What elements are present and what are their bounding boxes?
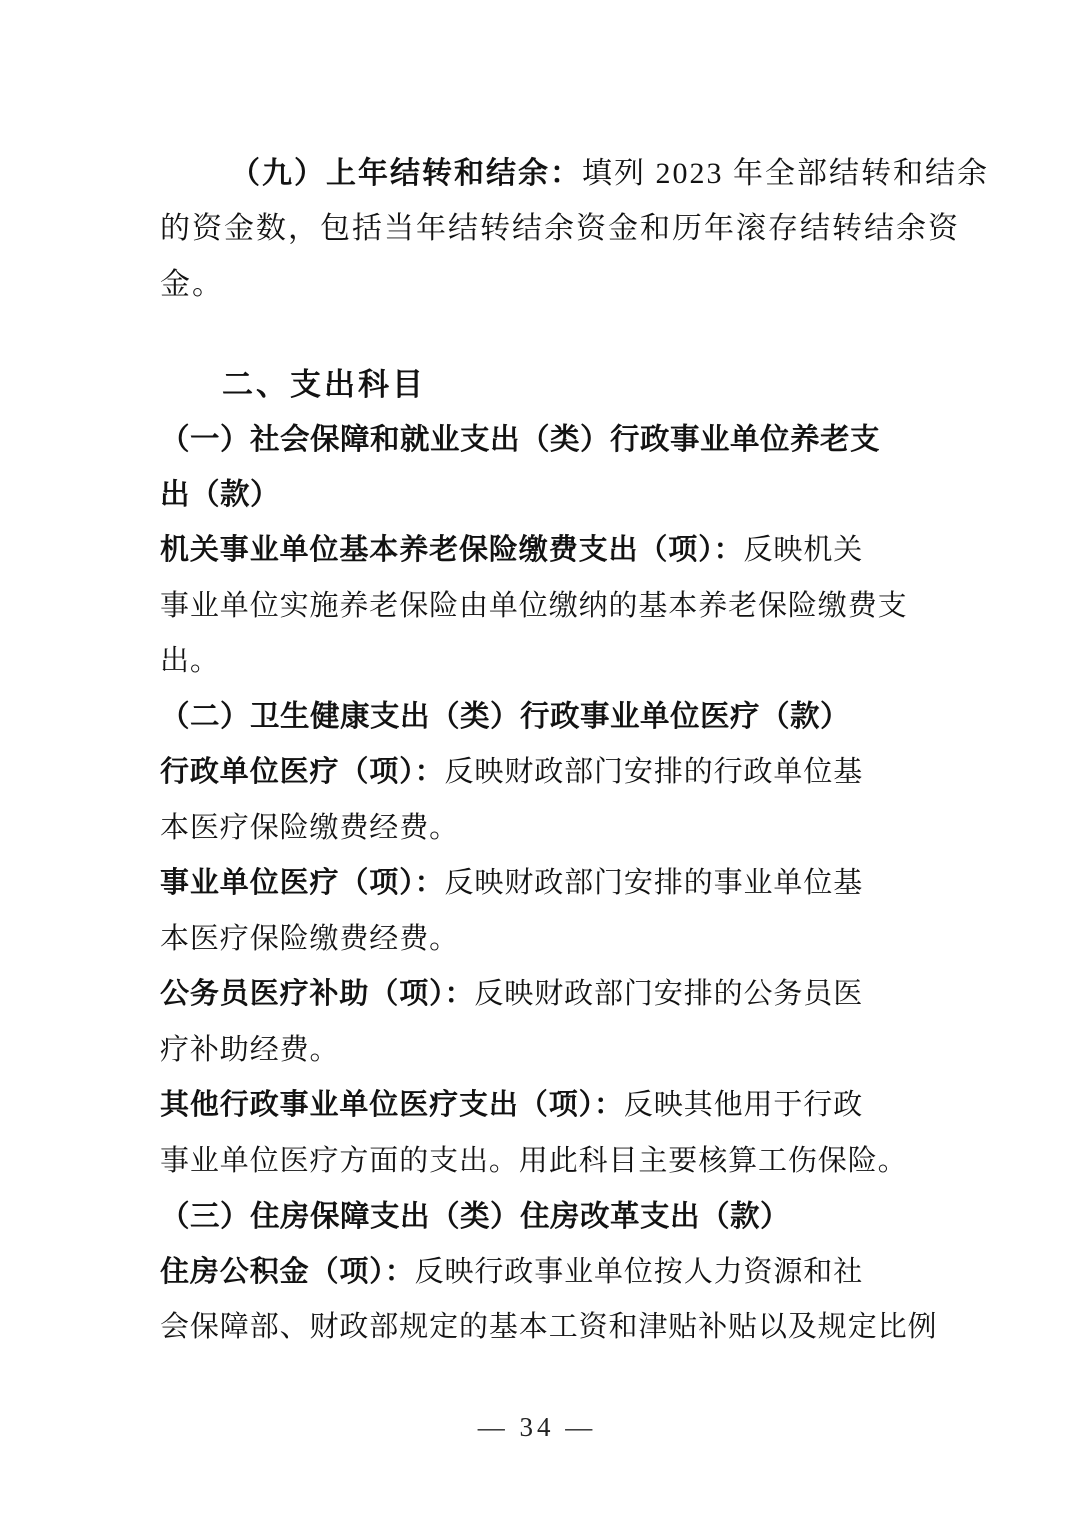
text-line: 其他行政事业单位医疗支出（项）：反映其他用于行政 (160, 1075, 1014, 1131)
text-run: 会保障部、财政部规定的基本工资和津贴补贴以及规定比例 (160, 1304, 937, 1345)
text-run-bold: 事业单位医疗（项）： (160, 860, 445, 901)
paragraph-prior-year-carryover: （九）上年结转和结余：填列 2023 年全部结转和结余的资金数，包括当年结转结余… (160, 142, 1014, 309)
text-run-bold: 行政单位医疗（项）： (160, 749, 445, 790)
text-run-bold: 二、支出科目 (222, 359, 426, 404)
document-page: （九）上年结转和结余：填列 2023 年全部结转和结余的资金数，包括当年结转结余… (0, 0, 1074, 1520)
text-line: 本医疗保险缴费经费。 (160, 909, 1014, 965)
text-run: 事业单位实施养老保险由单位缴纳的基本养老保险缴费支 (160, 583, 908, 624)
category-3-housing-security: （三）住房保障支出（类）住房改革支出（款） (160, 1186, 1014, 1242)
item-other-medical-expenditure: 其他行政事业单位医疗支出（项）：反映其他用于行政事业单位医疗方面的支出。用此科目… (160, 1075, 1014, 1186)
text-run: 事业单位医疗方面的支出。用此科目主要核算工伤保险。 (160, 1138, 908, 1179)
text-line: （三）住房保障支出（类）住房改革支出（款） (160, 1186, 1014, 1242)
page-number: — 34 — (0, 1412, 1074, 1443)
item-housing-provident-fund: 住房公积金（项）：反映行政事业单位按人力资源和社会保障部、财政部规定的基本工资和… (160, 1242, 1014, 1353)
text-line: 事业单位医疗（项）：反映财政部门安排的事业单位基 (160, 853, 1014, 909)
text-line: 二、支出科目 (160, 354, 1014, 410)
text-line: （九）上年结转和结余：填列 2023 年全部结转和结余 (160, 142, 1014, 198)
document-content: （九）上年结转和结余：填列 2023 年全部结转和结余的资金数，包括当年结转结余… (160, 142, 1014, 1353)
item-basic-pension-contribution: 机关事业单位基本养老保险缴费支出（项）：反映机关事业单位实施养老保险由单位缴纳的… (160, 520, 1014, 687)
text-line: （二）卫生健康支出（类）行政事业单位医疗（款） (160, 687, 1014, 743)
text-run-bold: 公务员医疗补助（项）： (160, 971, 474, 1012)
text-run: 反映其他用于行政 (624, 1082, 863, 1123)
text-line: 事业单位医疗方面的支出。用此科目主要核算工伤保险。 (160, 1131, 1014, 1187)
text-run-bold: （二）卫生健康支出（类）行政事业单位医疗（款） (160, 693, 850, 735)
text-line: 机关事业单位基本养老保险缴费支出（项）：反映机关 (160, 520, 1014, 576)
text-run-bold: （一）社会保障和就业支出（类）行政事业单位养老支 (160, 416, 880, 458)
text-run: 疗补助经费。 (160, 1027, 339, 1068)
heading-expenditure-subjects: 二、支出科目 (160, 354, 1014, 410)
text-line: （一）社会保障和就业支出（类）行政事业单位养老支 (160, 409, 1014, 465)
text-line: 住房公积金（项）：反映行政事业单位按人力资源和社 (160, 1242, 1014, 1298)
text-run: 反映财政部门安排的事业单位基 (445, 860, 864, 901)
category-1-social-security-employment: （一）社会保障和就业支出（类）行政事业单位养老支出（款） (160, 409, 1014, 520)
text-run-bold: 住房公积金（项）： (160, 1249, 415, 1290)
text-line: 的资金数，包括当年结转结余资金和历年滚存结转结余资 (160, 198, 1014, 254)
text-run-bold: 其他行政事业单位医疗支出（项）： (160, 1082, 624, 1123)
text-run-bold: 出（款） (160, 471, 280, 513)
item-administrative-unit-medical: 行政单位医疗（项）：反映财政部门安排的行政单位基本医疗保险缴费经费。 (160, 742, 1014, 853)
text-line: 出（款） (160, 465, 1014, 521)
text-run: 填列 2023 年全部结转和结余 (582, 148, 989, 192)
text-line: 疗补助经费。 (160, 1020, 1014, 1076)
text-line: 事业单位实施养老保险由单位缴纳的基本养老保险缴费支 (160, 576, 1014, 632)
text-line: 行政单位医疗（项）：反映财政部门安排的行政单位基 (160, 742, 1014, 798)
text-line: 会保障部、财政部规定的基本工资和津贴补贴以及规定比例 (160, 1297, 1014, 1353)
text-run: 的资金数，包括当年结转结余资金和历年滚存结转结余资 (160, 203, 960, 247)
text-line: 公务员医疗补助（项）：反映财政部门安排的公务员医 (160, 964, 1014, 1020)
text-line: 出。 (160, 631, 1014, 687)
text-run: 反映财政部门安排的行政单位基 (445, 749, 864, 790)
text-run: 本医疗保险缴费经费。 (160, 916, 459, 957)
text-line: 本医疗保险缴费经费。 (160, 798, 1014, 854)
text-run: 反映财政部门安排的公务员医 (474, 971, 863, 1012)
text-line: 金。 (160, 253, 1014, 309)
text-run: 金。 (160, 259, 224, 303)
text-run-bold: 机关事业单位基本养老保险缴费支出（项）： (160, 527, 744, 568)
item-civil-servant-medical-subsidy: 公务员医疗补助（项）：反映财政部门安排的公务员医疗补助经费。 (160, 964, 1014, 1075)
category-2-health: （二）卫生健康支出（类）行政事业单位医疗（款） (160, 687, 1014, 743)
text-run-bold: （三）住房保障支出（类）住房改革支出（款） (160, 1193, 790, 1235)
item-public-institution-medical: 事业单位医疗（项）：反映财政部门安排的事业单位基本医疗保险缴费经费。 (160, 853, 1014, 964)
text-run-bold: （九）上年结转和结余： (230, 148, 582, 192)
text-run: 反映行政事业单位按人力资源和社 (415, 1249, 864, 1290)
text-run: 反映机关 (744, 527, 864, 568)
text-run: 出。 (160, 638, 220, 679)
text-run: 本医疗保险缴费经费。 (160, 805, 459, 846)
